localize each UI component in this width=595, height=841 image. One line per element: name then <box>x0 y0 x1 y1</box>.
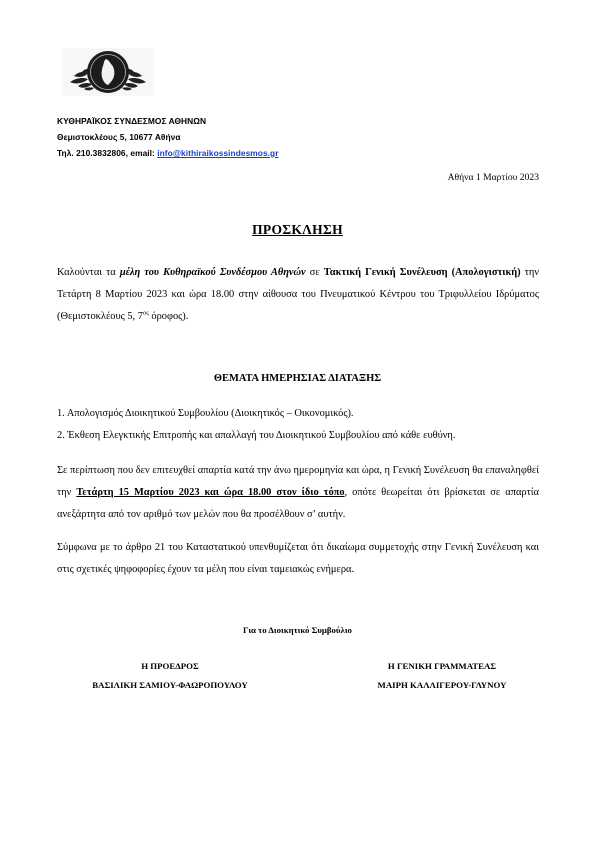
agenda-title: ΘΕΜΑΤΑ ΗΜΕΡΗΣΙΑΣ ΔΙΑΤΑΞΗΣ <box>0 373 595 384</box>
voting-rights-paragraph: Σύμφωνα με το άρθρο 21 του Καταστατικού … <box>57 537 539 581</box>
document-title: ΠΡΟΣΚΛΗΣΗ <box>0 222 595 238</box>
signature-role: Η ΓΕΝΙΚΗ ΓΡΑΜΜΑΤΕΑΣ <box>332 657 552 676</box>
invitation-text: Καλούνται τα <box>57 267 120 278</box>
signature-president: Η ΠΡΟΕΔΡΟΣ ΒΑΣΙΛΙΚΗ ΣΑΜΙΟΥ-ΦΑΩΡΟΠΟΥΛΟΥ <box>60 657 280 695</box>
agenda-item: 2. Έκθεση Ελεγκτικής Επιτροπής και απαλλ… <box>57 425 455 447</box>
signature-name: ΜΑΙΡΗ ΚΑΛΛΙΓΕΡΟΥ-ΓΛΥΝΟΥ <box>332 676 552 695</box>
agenda-item: 1. Απολογισμός Διοικητικού Συμβουλίου (Δ… <box>57 403 455 425</box>
board-label: Για το Διοικητικό Συμβούλιο <box>0 625 595 635</box>
organization-contact: Τηλ. 210.3832806, email: info@kithiraiko… <box>57 145 279 161</box>
quorum-paragraph: Σε περίπτωση που δεν επιτευχθεί απαρτία … <box>57 460 539 526</box>
document-date: Αθήνα 1 Μαρτίου 2023 <box>448 172 539 183</box>
assembly-type: Τακτική Γενική Συνέλευση (Απολογιστική) <box>324 267 521 278</box>
kythira-association-emblem-icon <box>62 48 154 96</box>
signature-role: Η ΠΡΟΕΔΡΟΣ <box>60 657 280 676</box>
signature-secretary: Η ΓΕΝΙΚΗ ΓΡΑΜΜΑΤΕΑΣ ΜΑΙΡΗ ΚΑΛΛΙΓΕΡΟΥ-ΓΛΥ… <box>332 657 552 695</box>
logo <box>62 48 154 96</box>
signature-name: ΒΑΣΙΛΙΚΗ ΣΑΜΙΟΥ-ΦΑΩΡΟΠΟΥΛΟΥ <box>60 676 280 695</box>
organization-name: ΚΥΘΗΡΑΪΚΟΣ ΣΥΝΔΕΣΜΟΣ ΑΘΗΝΩΝ <box>57 113 279 129</box>
organization-header: ΚΥΘΗΡΑΪΚΟΣ ΣΥΝΔΕΣΜΟΣ ΑΘΗΝΩΝ Θεμιστοκλέου… <box>57 113 279 161</box>
invitation-text: όροφος). <box>149 311 189 322</box>
email-link[interactable]: info@kithiraikossindesmos.gr <box>157 148 278 158</box>
phone-text: Τηλ. 210.3832806, email: <box>57 148 157 158</box>
repeat-assembly-date: Τετάρτη 15 Μαρτίου 2023 και ώρα 18.00 στ… <box>76 487 344 498</box>
agenda-list: 1. Απολογισμός Διοικητικού Συμβουλίου (Δ… <box>57 403 455 447</box>
organization-address: Θεμιστοκλέους 5, 10677 Αθήνα <box>57 129 279 145</box>
invitation-paragraph: Καλούνται τα μέλη του Κυθηραϊκού Συνδέσμ… <box>57 262 539 328</box>
invited-members: μέλη του Κυθηραϊκού Συνδέσμου Αθηνών <box>120 267 306 278</box>
invitation-text: σε <box>306 267 324 278</box>
